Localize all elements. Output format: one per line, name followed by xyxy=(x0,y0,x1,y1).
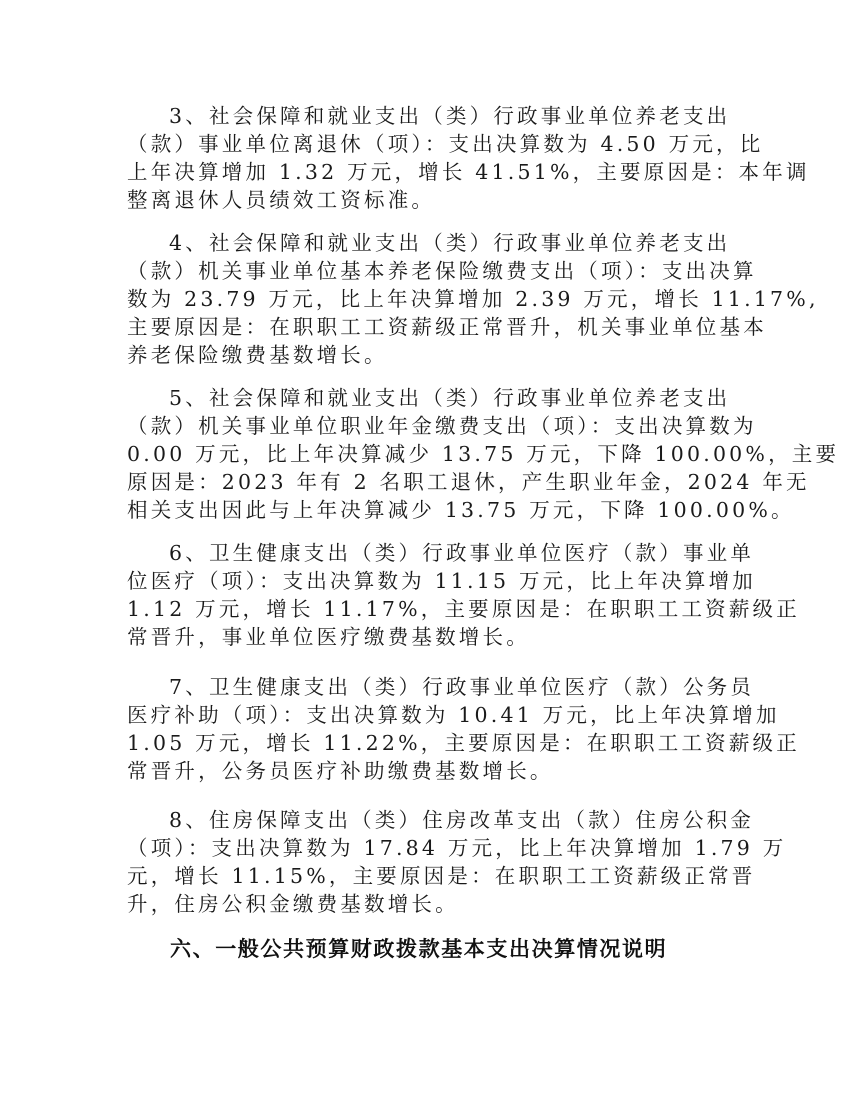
paragraph-line: 5、社会保障和就业支出（类）行政事业单位养老支出 xyxy=(127,384,727,412)
paragraph-line: （款）事业单位离退休（项）：支出决算数为 4.50 万元，比 xyxy=(127,130,727,158)
paragraph-line: 1.05 万元，增长 11.22%，主要原因是：在职职工工资薪级正 xyxy=(127,729,727,757)
paragraph-line: 升，住房公积金缴费基数增长。 xyxy=(127,890,727,918)
paragraph-line: 常晋升，事业单位医疗缴费基数增长。 xyxy=(127,623,727,651)
section-heading: 六、一般公共预算财政拨款基本支出决算情况说明 xyxy=(170,934,667,964)
paragraph-item-8: 8、住房保障支出（类）住房改革支出（款）住房公积金 （项）：支出决算数为 17.… xyxy=(127,806,727,918)
paragraph-line: 原因是：2023 年有 2 名职工退休，产生职业年金，2024 年无 xyxy=(127,468,727,496)
document-page: 3、社会保障和就业支出（类）行政事业单位养老支出 （款）事业单位离退休（项）：支… xyxy=(0,0,850,1100)
paragraph-line: （款）机关事业单位基本养老保险缴费支出（项）：支出决算 xyxy=(127,257,727,285)
paragraph-line: （款）机关事业单位职业年金缴费支出（项）：支出决算数为 xyxy=(127,412,727,440)
paragraph-line: 主要原因是：在职职工工资薪级正常晋升，机关事业单位基本 xyxy=(127,313,727,341)
paragraph-line: 6、卫生健康支出（类）行政事业单位医疗（款）事业单 xyxy=(127,539,727,567)
paragraph-item-6: 6、卫生健康支出（类）行政事业单位医疗（款）事业单 位医疗（项）：支出决算数为 … xyxy=(127,539,727,651)
paragraph-item-7: 7、卫生健康支出（类）行政事业单位医疗（款）公务员 医疗补助（项）：支出决算数为… xyxy=(127,673,727,785)
paragraph-line: 养老保险缴费基数增长。 xyxy=(127,341,727,369)
paragraph-line: 常晋升，公务员医疗补助缴费基数增长。 xyxy=(127,757,727,785)
paragraph-line: 4、社会保障和就业支出（类）行政事业单位养老支出 xyxy=(127,229,727,257)
paragraph-line: 整离退休人员绩效工资标准。 xyxy=(127,186,727,214)
paragraph-line: 医疗补助（项）：支出决算数为 10.41 万元，比上年决算增加 xyxy=(127,701,727,729)
paragraph-line: 8、住房保障支出（类）住房改革支出（款）住房公积金 xyxy=(127,806,727,834)
paragraph-line: 元，增长 11.15%，主要原因是：在职职工工资薪级正常晋 xyxy=(127,862,727,890)
paragraph-line: （项）：支出决算数为 17.84 万元，比上年决算增加 1.79 万 xyxy=(127,834,727,862)
paragraph-line: 1.12 万元，增长 11.17%，主要原因是：在职职工工资薪级正 xyxy=(127,595,727,623)
paragraph-line: 3、社会保障和就业支出（类）行政事业单位养老支出 xyxy=(127,102,727,130)
paragraph-line: 0.00 万元，比上年决算减少 13.75 万元，下降 100.00%，主要 xyxy=(127,440,727,468)
paragraph-line: 7、卫生健康支出（类）行政事业单位医疗（款）公务员 xyxy=(127,673,727,701)
paragraph-line: 数为 23.79 万元，比上年决算增加 2.39 万元，增长 11.17%, xyxy=(127,285,727,313)
paragraph-line: 位医疗（项）：支出决算数为 11.15 万元，比上年决算增加 xyxy=(127,567,727,595)
paragraph-line: 相关支出因此与上年决算减少 13.75 万元，下降 100.00%。 xyxy=(127,496,727,524)
paragraph-item-5: 5、社会保障和就业支出（类）行政事业单位养老支出 （款）机关事业单位职业年金缴费… xyxy=(127,384,727,524)
paragraph-item-3: 3、社会保障和就业支出（类）行政事业单位养老支出 （款）事业单位离退休（项）：支… xyxy=(127,102,727,214)
paragraph-item-4: 4、社会保障和就业支出（类）行政事业单位养老支出 （款）机关事业单位基本养老保险… xyxy=(127,229,727,369)
paragraph-line: 上年决算增加 1.32 万元，增长 41.51%，主要原因是：本年调 xyxy=(127,158,727,186)
